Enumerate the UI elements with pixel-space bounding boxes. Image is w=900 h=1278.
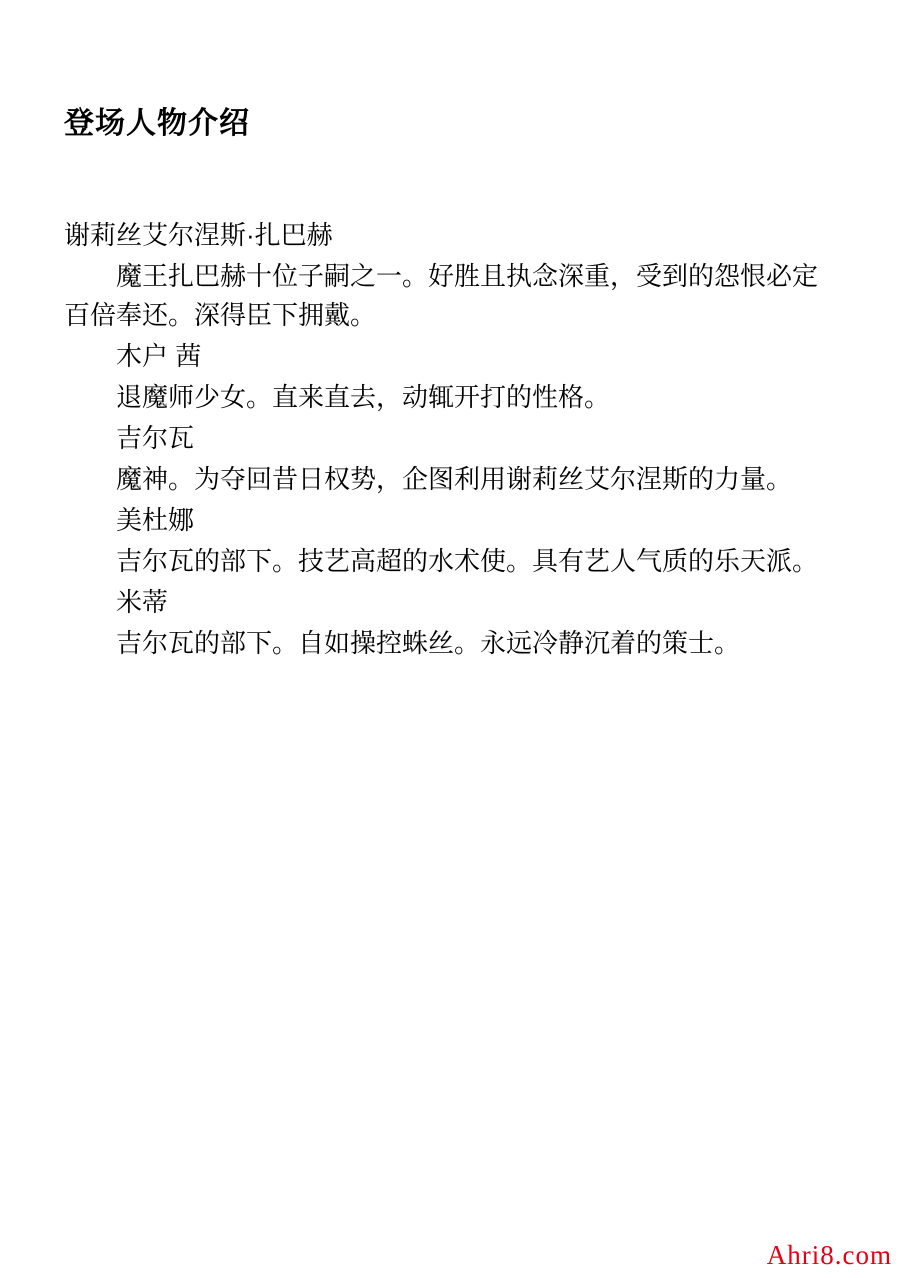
site-watermark: Ahri8.com <box>767 1240 892 1270</box>
character-description: 退魔师少女。直来直去，动辄开打的性格。 <box>64 378 836 417</box>
page-content: 登场人物介绍 谢莉丝艾尔涅斯·扎巴赫 魔王扎巴赫十位子嗣之一。好胜且执念深重，受… <box>0 0 900 663</box>
character-name: 美杜娜 <box>64 501 836 540</box>
character-description: 魔神。为夺回昔日权势，企图利用谢莉丝艾尔涅斯的力量。 <box>64 460 836 499</box>
character-name: 木户 茜 <box>64 337 836 376</box>
character-description: 吉尔瓦的部下。自如操控蛛丝。永远冷静沉着的策士。 <box>64 624 836 663</box>
character-name: 吉尔瓦 <box>64 419 836 458</box>
ebook-page: 登场人物介绍 谢莉丝艾尔涅斯·扎巴赫 魔王扎巴赫十位子嗣之一。好胜且执念深重，受… <box>0 0 900 1278</box>
character-name: 谢莉丝艾尔涅斯·扎巴赫 <box>64 216 836 255</box>
character-name: 米蒂 <box>64 583 836 622</box>
character-description: 吉尔瓦的部下。技艺高超的水术使。具有艺人气质的乐天派。 <box>64 542 836 581</box>
character-description: 魔王扎巴赫十位子嗣之一。好胜且执念深重，受到的怨恨必定百倍奉还。深得臣下拥戴。 <box>64 257 836 335</box>
page-title: 登场人物介绍 <box>64 106 836 142</box>
